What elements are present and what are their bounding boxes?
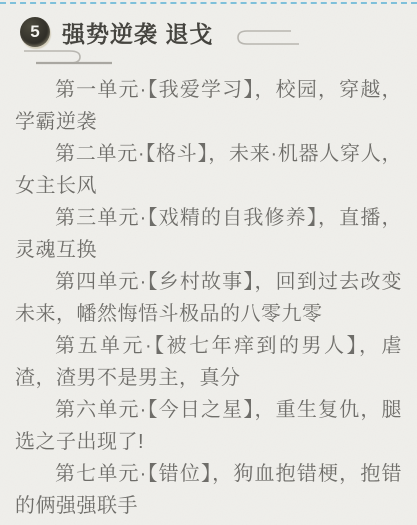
chapter-number-badge: 5 bbox=[20, 17, 50, 47]
badge-number: 5 bbox=[30, 22, 39, 42]
unit-paragraph: 第五单元·【被七年痒到的男人】，虐渣，渣男不是男主，真分 bbox=[15, 330, 402, 394]
story-units-page: 5 强势逆袭 退戈 第一单元·【我爱学习】，校园，穿越，学霸逆袭 第二单元·【格… bbox=[0, 2, 417, 525]
page-title: 强势逆袭 退戈 bbox=[62, 16, 213, 49]
unit-paragraph: 第四单元·【乡村故事】，回到过去改变未来，幡然悔悟斗极品的八零九零 bbox=[15, 266, 402, 330]
unit-paragraph: 第一单元·【我爱学习】，校园，穿越，学霸逆袭 bbox=[15, 74, 402, 138]
header: 5 强势逆袭 退戈 bbox=[0, 4, 417, 66]
unit-paragraph: 第七单元·【错位】，狗血抱错梗，抱错的俩强强联手 bbox=[15, 458, 402, 522]
cloud-scroll-icon bbox=[12, 46, 116, 70]
cloud-scroll-icon bbox=[227, 27, 307, 51]
unit-paragraph: 第三单元·【戏精的自我修养】，直播，灵魂互换 bbox=[15, 202, 402, 266]
unit-paragraph: 第二单元·【格斗】，未来·机器人穿人，女主长风 bbox=[15, 138, 402, 202]
unit-list: 第一单元·【我爱学习】，校园，穿越，学霸逆袭 第二单元·【格斗】，未来·机器人穿… bbox=[0, 66, 417, 522]
unit-paragraph: 第六单元·【今日之星】，重生复仇，腿选之子出现了! bbox=[15, 394, 402, 458]
